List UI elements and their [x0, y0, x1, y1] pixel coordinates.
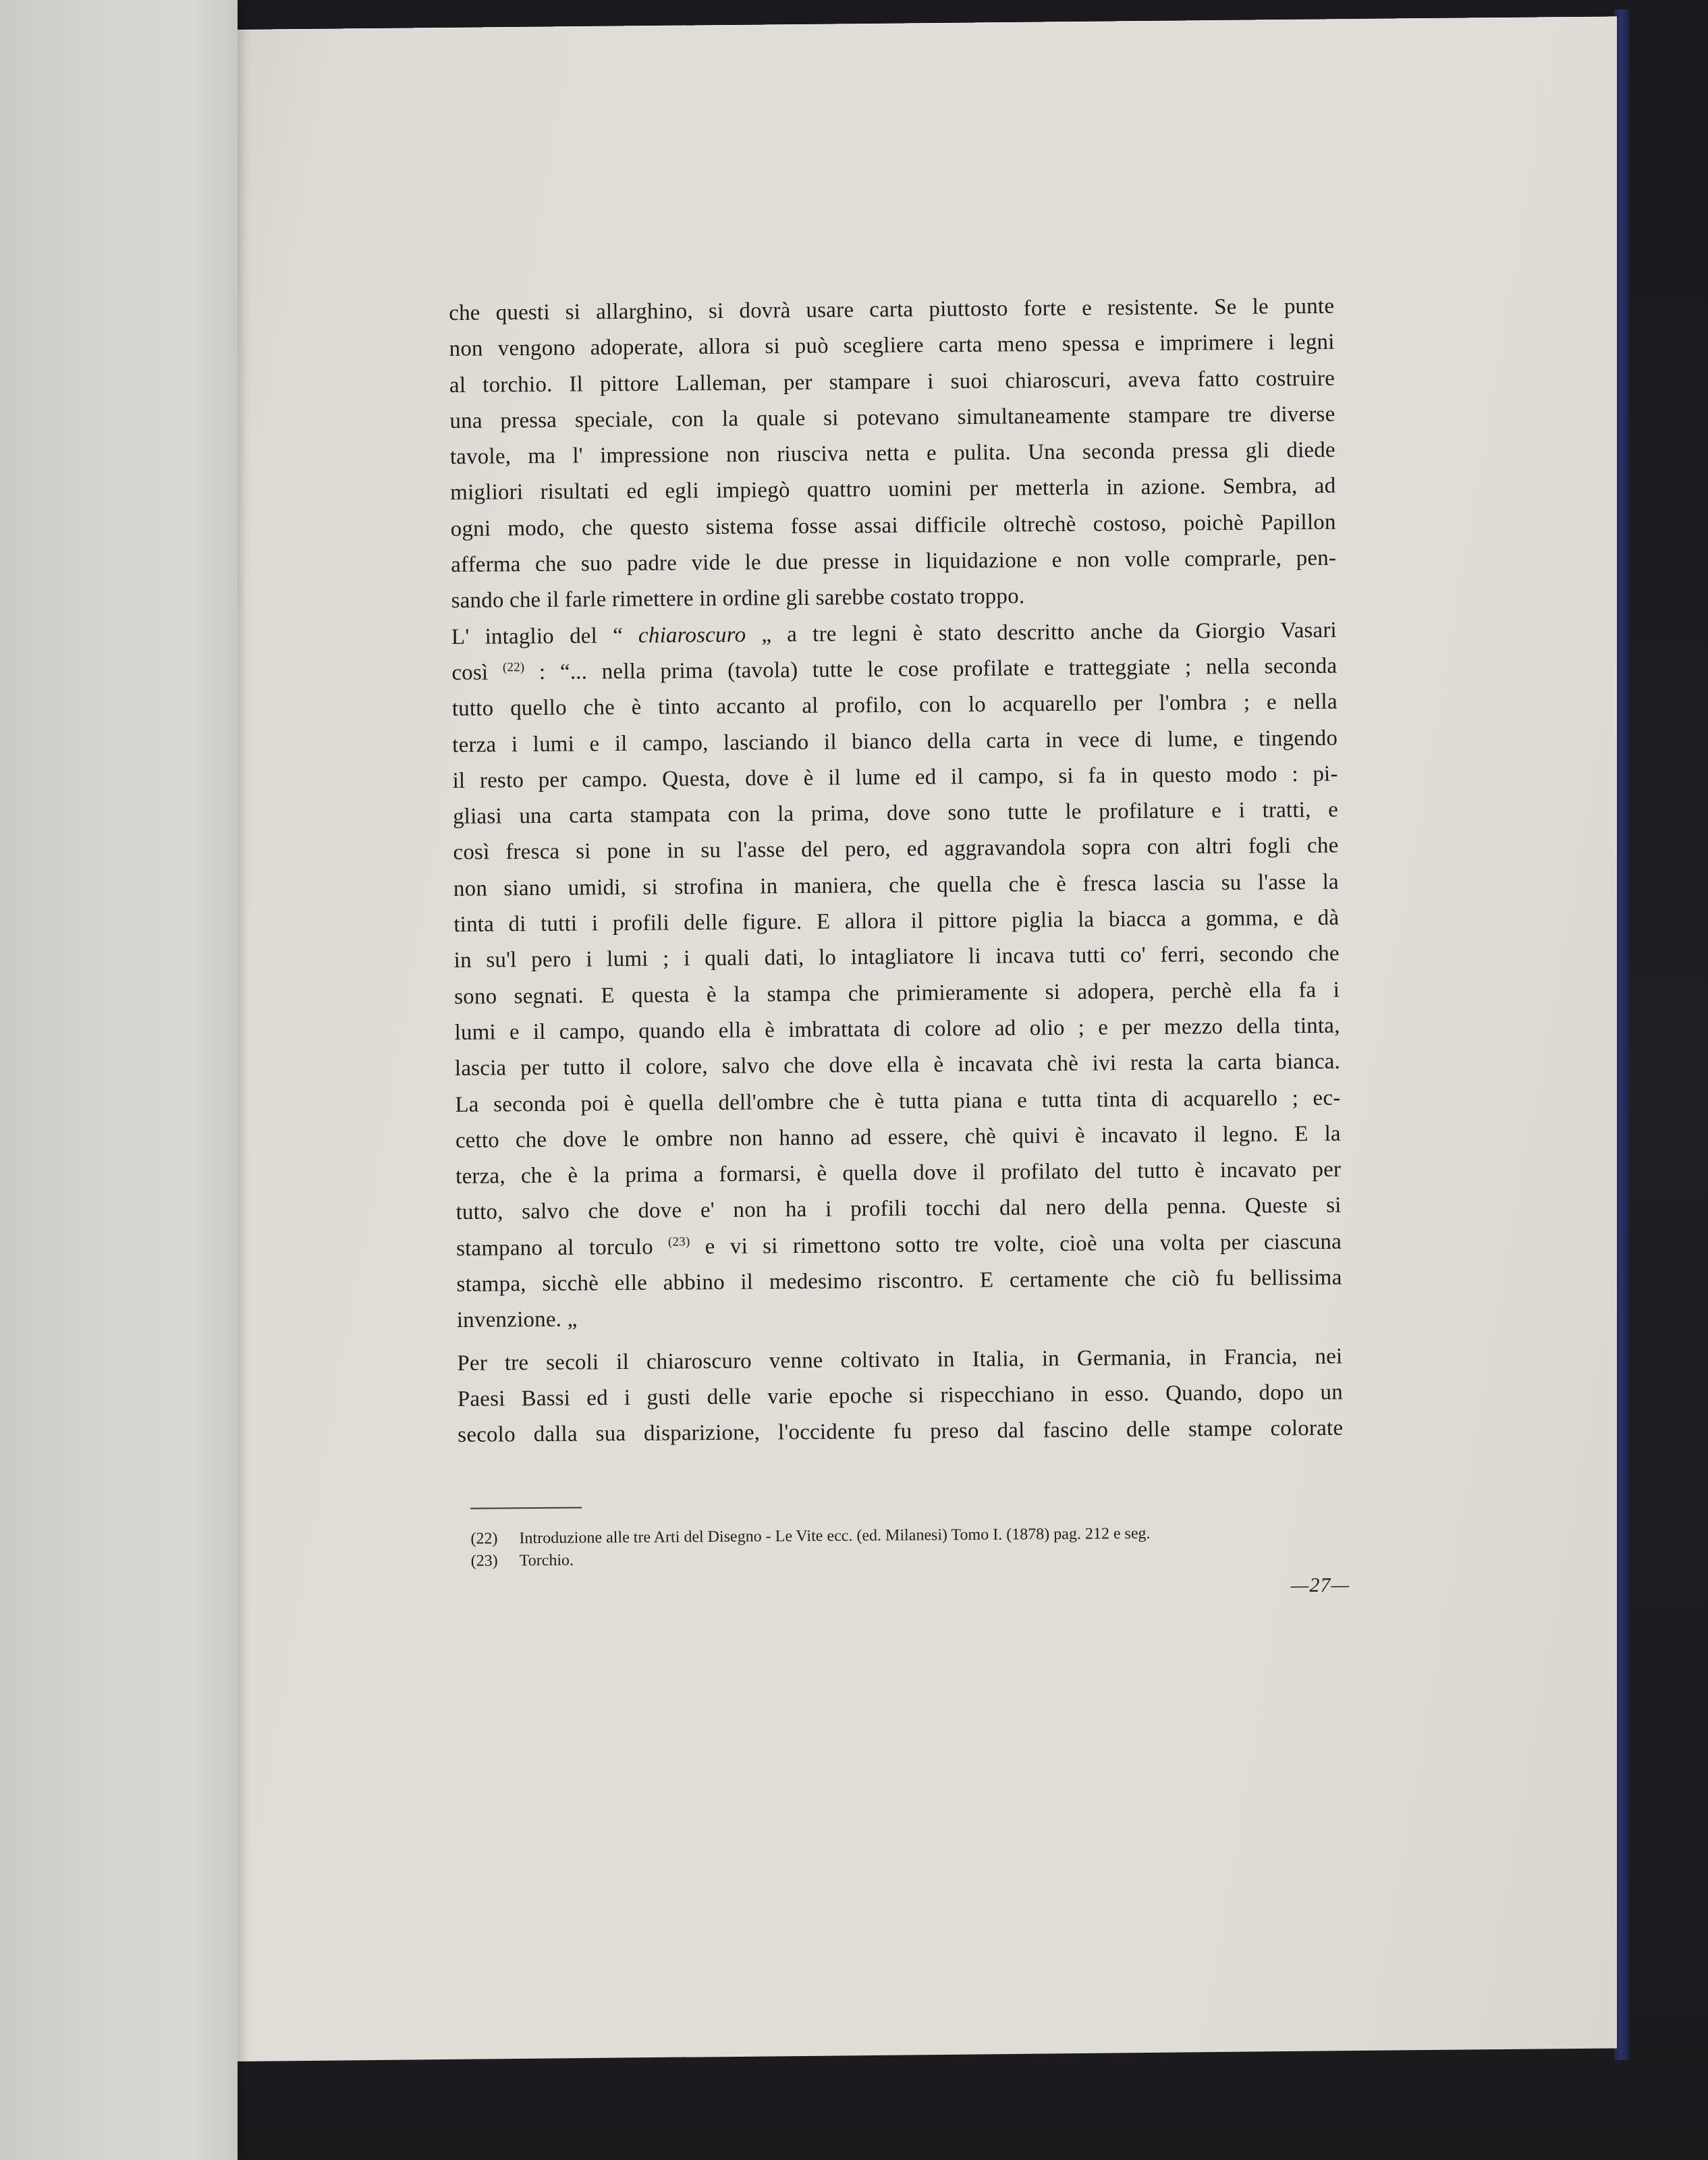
- footnote-ref-23[interactable]: (23): [668, 1235, 690, 1249]
- text-line: così fresca si pone in su l'asse del per…: [453, 828, 1338, 871]
- text-fragment: stampano al torculo: [456, 1235, 668, 1260]
- page-content: che questi si allarghino, si dovrà usare…: [449, 289, 1344, 1621]
- footnote-divider: [470, 1507, 582, 1509]
- footnote-number: (23): [471, 1550, 506, 1572]
- text-fragment: così: [451, 660, 503, 685]
- footnotes-list: (22) Introduzione alle tre Arti del Dise…: [470, 1521, 1344, 1572]
- book-page-verso: [0, 0, 238, 2160]
- footnotes-section: (22) Introduzione alle tre Arti del Dise…: [458, 1501, 1344, 1621]
- text-fragment: e vi si rimettono sotto tre volte, cioè …: [690, 1229, 1342, 1259]
- text-fragment: : “... nella prima (tavola) tutte le cos…: [524, 654, 1337, 684]
- text-fragment: L' intaglio del “: [451, 623, 638, 649]
- text-line: tutto quello che è tinto accanto al prof…: [452, 684, 1338, 728]
- text-line: secolo dalla sua disparizione, l'occiden…: [458, 1411, 1343, 1454]
- text-line: lascia per tutto il colore, salvo che do…: [455, 1044, 1340, 1087]
- footnote-number: (22): [470, 1528, 505, 1550]
- body-text: che questi si allarghino, si dovrà usare…: [449, 289, 1343, 1454]
- text-line: non vengono adoperate, allora si può sce…: [449, 325, 1334, 368]
- text-line: afferma che suo padre vide le due presse…: [451, 541, 1336, 584]
- text-fragment: „ a tre legni è stato descritto anche da…: [746, 618, 1337, 647]
- italic-term: chiaroscuro: [638, 622, 746, 647]
- footnote-text: Torchio.: [520, 1549, 574, 1572]
- page-number: —27—: [1291, 1573, 1350, 1597]
- text-line: in su'l pero i lumi ; i quali dati, lo i…: [454, 936, 1340, 979]
- footnote-ref-22[interactable]: (22): [503, 660, 525, 674]
- text-line: tutto, salvo che dove e' non ha i profil…: [456, 1188, 1341, 1231]
- text-line: stampa, sicchè elle abbino il medesimo r…: [456, 1260, 1342, 1303]
